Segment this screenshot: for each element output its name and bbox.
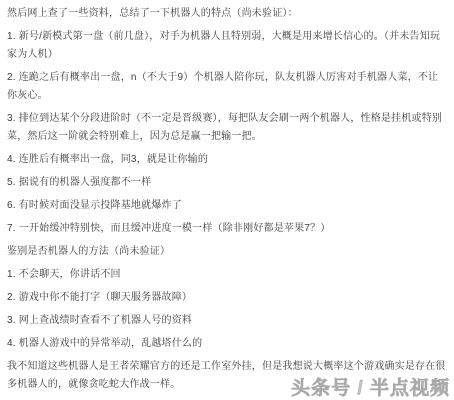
method-item-4: 4. 机器人游戏中的异常举动，乱越塔什么的 bbox=[7, 335, 447, 353]
trait-item-6: 6. 有时候对面没显示投降基地就爆炸了 bbox=[7, 197, 447, 215]
method-item-1: 1. 不会聊天，你讲话不回 bbox=[7, 266, 447, 284]
article-page: 然后网上查了一些资料，总结了一下机器人的特点（尚未验证）： 1. 新号/新模式第… bbox=[0, 0, 454, 400]
trait-item-1: 1. 新号/新模式第一盘（前几盘），对手为机器人且特别弱，大概是用来增长信心的。… bbox=[7, 28, 447, 64]
trait-item-5: 5. 据说有的机器人强度都不一样 bbox=[7, 174, 447, 192]
method-item-3: 3. 网上查战绩时查看不了机器人号的资料 bbox=[7, 312, 447, 330]
conclusion-paragraph: 我不知道这些机器人是王者荣耀官方的还是工作室外挂，但是我想说大概率这个游戏确实是… bbox=[7, 358, 447, 394]
trait-item-4: 4. 连胜后有概率出一盘，同3，就是让你输的 bbox=[7, 151, 447, 169]
trait-item-3: 3. 排位到达某个分段进阶时（不一定是晋级赛），每把队友会刷一两个机器人，性格是… bbox=[7, 110, 447, 146]
trait-item-7: 7. 一开始缓冲特别快，而且缓冲进度一模一样（除非刚好都是苹果7？） bbox=[7, 220, 447, 238]
section-heading: 鉴别是否机器人的方法（尚未验证） bbox=[7, 243, 447, 261]
trait-item-2: 2. 连跪之后有概率出一盘，n（不大于9）个机器人陪你玩，队友机器人厉害对手机器… bbox=[7, 69, 447, 105]
method-item-2: 2. 游戏中你不能打字（聊天服务器故障） bbox=[7, 289, 447, 307]
intro-paragraph: 然后网上查了一些资料，总结了一下机器人的特点（尚未验证）： bbox=[7, 5, 447, 23]
